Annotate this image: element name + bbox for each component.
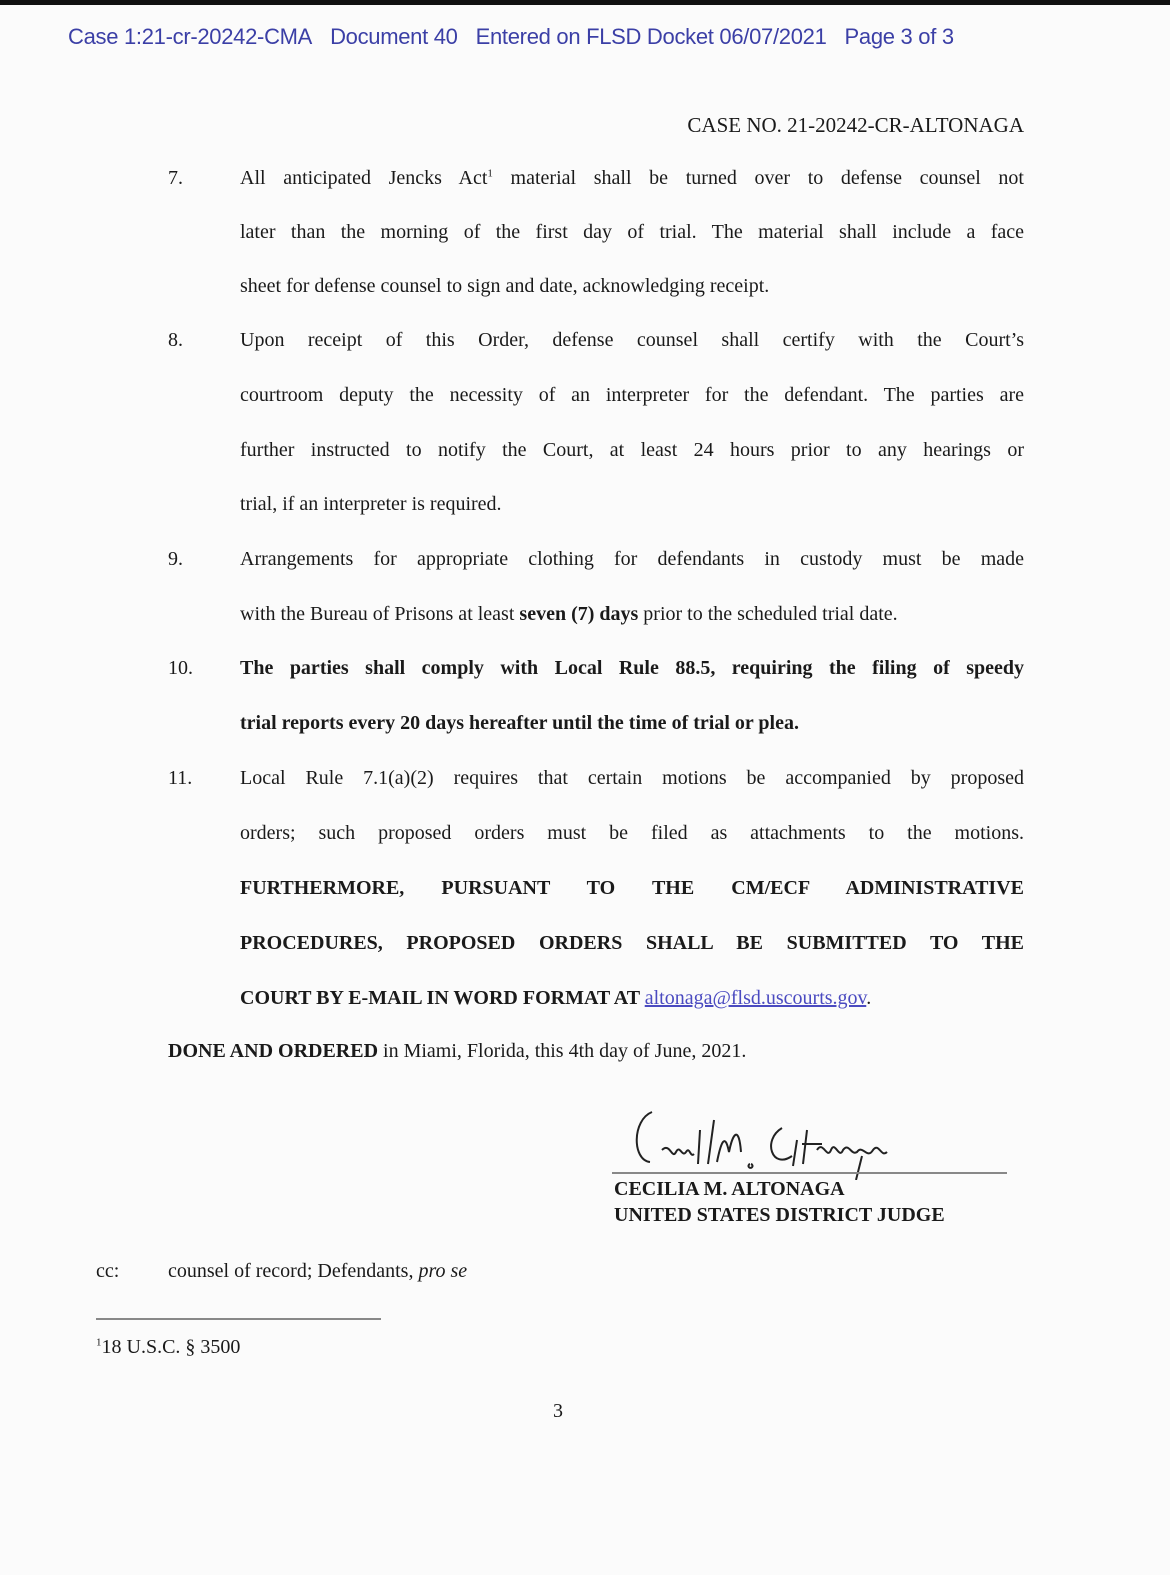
case-id: Case 1:21-cr-20242-CMA	[68, 24, 312, 49]
signer-name: CECILIA M. ALTONAGA	[614, 1178, 845, 1201]
document-number: Document 40	[330, 24, 458, 49]
text-line: courtroom deputy the necessity of an int…	[240, 384, 1024, 407]
paragraph-number: 10.	[168, 657, 193, 680]
text-line: Upon receipt of this Order, defense coun…	[240, 329, 1024, 352]
page-indicator: Page 3 of 3	[845, 24, 954, 49]
text-line: further instructed to notify the Court, …	[240, 439, 1024, 462]
paragraph-number: 7.	[168, 167, 183, 190]
paragraph-number: 9.	[168, 548, 183, 571]
text-line: later than the morning of the first day …	[240, 221, 1024, 244]
entered-date: Entered on FLSD Docket 06/07/2021	[476, 24, 827, 49]
signer-title: UNITED STATES DISTRICT JUDGE	[614, 1204, 945, 1227]
text-line: sheet for defense counsel to sign and da…	[240, 275, 1024, 298]
text-line: FURTHERMORE, PURSUANT TO THE CM/ECF ADMI…	[240, 877, 1024, 900]
text-line: with the Bureau of Prisons at least seve…	[240, 603, 1024, 626]
text-line: All anticipated Jencks Act1 material sha…	[240, 167, 1024, 190]
text-line: orders; such proposed orders must be fil…	[240, 822, 1024, 845]
paragraph-number: 11.	[168, 767, 192, 790]
cc-line: cc:counsel of record; Defendants, pro se	[96, 1260, 467, 1283]
docket-header: Case 1:21-cr-20242-CMADocument 40Entered…	[68, 24, 972, 50]
paragraph-number: 8.	[168, 329, 183, 352]
text-line: PROCEDURES, PROPOSED ORDERS SHALL BE SUB…	[240, 932, 1024, 955]
text-line: trial reports every 20 days hereafter un…	[240, 712, 1024, 735]
text-line: Local Rule 7.1(a)(2) requires that certa…	[240, 767, 1024, 790]
text-line: Arrangements for appropriate clothing fo…	[240, 548, 1024, 571]
email-link[interactable]: altonaga@flsd.uscourts.gov	[645, 987, 867, 1009]
text-line: trial, if an interpreter is required.	[240, 493, 1024, 516]
footnote: 118 U.S.C. § 3500	[96, 1336, 240, 1359]
signature-scribble	[622, 1100, 952, 1180]
page-number: 3	[553, 1400, 563, 1423]
case-number: CASE NO. 21-20242-CR-ALTONAGA	[687, 113, 1024, 138]
footnote-divider	[96, 1318, 381, 1320]
top-bar	[0, 0, 1170, 5]
done-and-ordered: DONE AND ORDERED in Miami, Florida, this…	[168, 1040, 746, 1063]
text-line: The parties shall comply with Local Rule…	[240, 657, 1024, 680]
signature-line	[612, 1172, 1007, 1174]
text-line: COURT BY E-MAIL IN WORD FORMAT AT altona…	[240, 987, 1024, 1010]
